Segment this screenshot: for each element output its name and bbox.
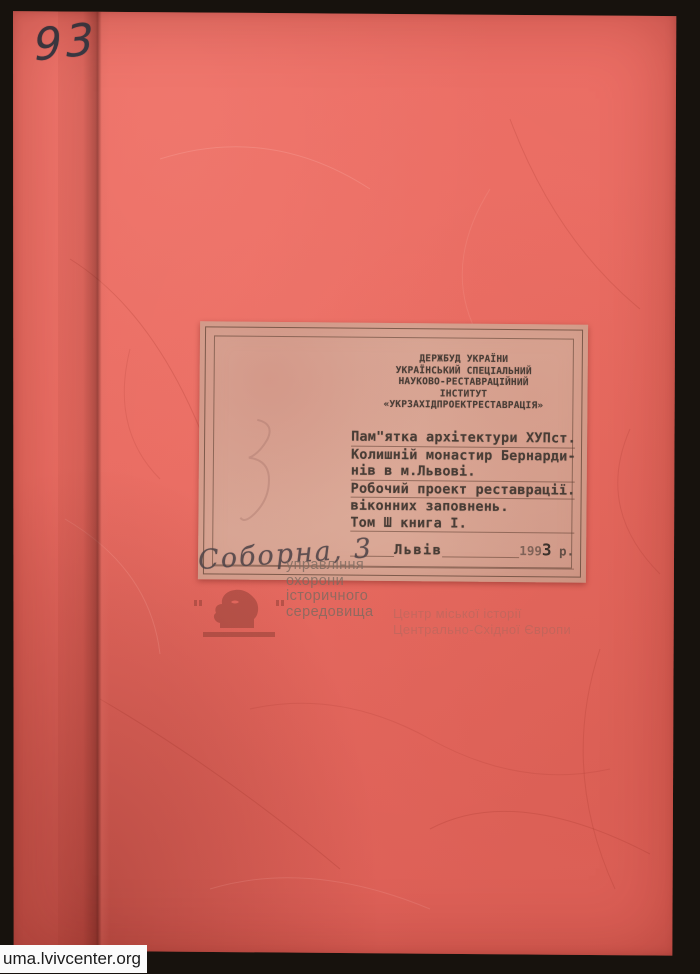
label-body-line: нів в м.Львові.: [351, 463, 575, 482]
year-bold-digit: 3: [542, 540, 552, 559]
year-prefix: 199: [519, 543, 542, 558]
rule-line: [442, 542, 519, 558]
scan-frame: 93 ДЕРЖБУД УКРАЇНИУКРАЇНСЬКИЙ СПЕЦІАЛЬНИ…: [0, 0, 700, 974]
watermark-line: Центр міської історії: [393, 606, 571, 622]
heritage-office-logo-icon: [191, 588, 287, 640]
label-body-line: Том Ш книга І.: [350, 514, 574, 533]
watermark-line: історичного: [286, 589, 373, 605]
year-suffix: р.: [559, 543, 574, 558]
book-cover: 93 ДЕРЖБУД УКРАЇНИУКРАЇНСЬКИЙ СПЕЦІАЛЬНИ…: [10, 9, 678, 958]
city-label: Львів: [394, 543, 442, 557]
label-body-line: Колишній монастир Бернарди-: [351, 446, 575, 464]
watermark-text-right: Центр міської історіїЦентрально-Східної …: [393, 606, 571, 638]
city-year-row: Львів 1993 р.: [350, 542, 574, 559]
label-body: Пам"ятка архітектури ХУПст.Колишній мона…: [350, 429, 575, 534]
archive-site-tag: uma.lvivcenter.org: [0, 945, 147, 973]
pencil-mark: [226, 414, 287, 535]
label-body-line: Робочий проект реставрації.: [351, 480, 575, 499]
watermark-line: Центрально-Східної Європи: [393, 622, 571, 638]
label-body-line: віконних заповнень.: [350, 498, 574, 516]
label-body-line: Пам"ятка архітектури ХУПст.: [351, 429, 575, 448]
label-header-line: «УКРЗАХІДПРОЕКТРЕСТАВРАЦІЯ»: [347, 399, 579, 413]
inventory-number: 93: [33, 14, 98, 72]
label-header: ДЕРЖБУД УКРАЇНИУКРАЇНСЬКИЙ СПЕЦІАЛЬНИЙНА…: [347, 353, 579, 413]
watermark-line: середовища: [286, 605, 373, 621]
spine-crease: [58, 9, 110, 958]
year-label: 1993 р.: [519, 543, 574, 558]
